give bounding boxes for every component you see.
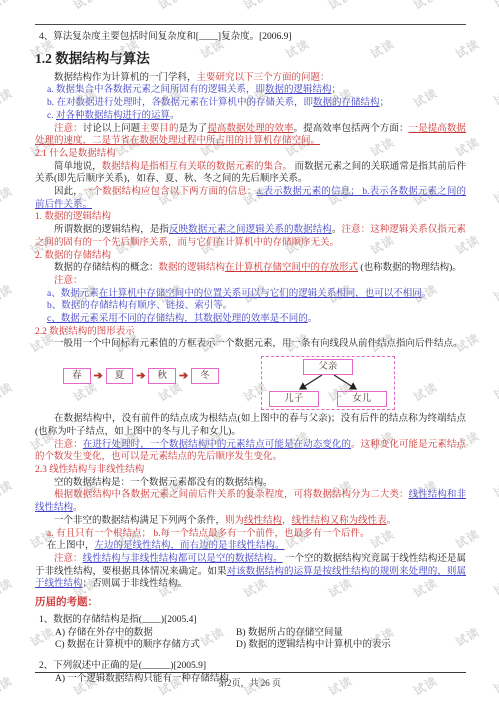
watermark-text: 试读 [491,89,499,123]
text-segment: 则为 [225,516,244,526]
text-line: c. 对各种数据结构进行的运算。 [35,110,466,123]
question-1-options: C) 数据在计算机中的顺序存储方式D) 数据的逻辑结构中计算机中的表示 [35,639,466,652]
text-segment: 2、下列叙述中正确的是(______)[2005.9] [39,661,206,671]
text-segment: 2. 数据的存储结构 [35,251,111,261]
text-line: 数据的存储结构的概念：数据的逻辑结构在计算机存储空间中的存放形式 (也称数据的物… [35,262,466,275]
node-spring: 春 [63,368,91,384]
text-segment: 线性结构 [244,516,282,526]
text-segment: a、数据元素 [47,289,99,299]
node-winter: 冬 [191,368,219,384]
text-segment: 数据的存储结构的概念： [54,263,159,273]
text-segment: 对各种数据结构进行的运算 [56,111,170,121]
node-autumn: 秋 [148,368,176,384]
text-line: 一个非空的数据结构满足下列两个条件，则为线性结构，线性结构又称为线性表。 [35,515,466,528]
node-father: 父亲 [303,359,353,375]
question-1-options: A) 存储在外存中的数据B) 数据所占的存储空间量 [35,627,466,640]
section-heading: 2.2 数据结构的图形表示 [35,326,466,339]
past-exam-heading: 历届的考题： [35,595,466,610]
text-segment: 注意： [54,124,83,134]
text-line: 因此，一个数据结构应包含以下两方面的信息：a.表示数据元素的信息； b.表示各数… [35,186,466,211]
linear-structure-diagram: 春 ➔ 夏 ➔ 秋 ➔ 冬 [63,368,219,384]
text-segment: 1、数据的存储结构是指(____)[2005.4] [39,615,197,625]
text-segment: 。 [294,124,304,134]
exam-item-4: 4、算法复杂度主要包括时间复杂度和[____]复杂度。[2006.9] [35,31,466,44]
text-segment: 。 [387,516,397,526]
text-segment: ； [380,98,390,108]
text-segment: 在数据结构中，没有前件的结点成为根结点(如上图中的春与父亲)；没有后件的结点称为… [35,414,466,437]
text-segment: 在上图中， [47,541,95,551]
text-segment: 注意： [54,276,83,286]
tree-structure-diagram: 父亲 儿子 女儿 [261,356,395,410]
watermark-text: 试读 [0,183,15,209]
watermark-text: 试读 [491,383,499,417]
section-heading: 1. 数据的逻辑结构 [35,211,466,224]
text-segment: b. 在对数据进行处理时，各数据元素在计算机中的存储关系，即 [47,98,313,108]
text-segment: c、数据元素采用不同的存储结构，其数据处理的效率是不同的 [47,314,308,324]
text-segment: D) 数据的逻辑结构中计算机中的表示 [236,639,417,652]
watermark-text: 试读 [491,285,499,319]
text-segment: 在计算机中存储空间中的位置关系可以与它们的逻辑关系相同，也可以不相同 [99,289,422,299]
text-line: 注意：在进行处理时，一个数据结构中的元素结点可能是在动态变化的。这种变化可能是元… [35,439,466,464]
watermark-text: 试读 [326,0,356,13]
text-segment: 。 [308,314,318,324]
text-segment: C) 数据在计算机中的顺序存储方式 [55,639,236,652]
document-page: 试读试读试读试读试读试读试读试读试读试读试读试读试读试读试读试读试读试读试读试读… [0,0,499,706]
text-segment: 。 [422,289,432,299]
text-segment: 数据的逻辑结构 [159,263,226,273]
watermark-text: 试读 [491,579,499,613]
section-heading: 2.3 线性结构与非线性结构 [35,464,466,477]
text-line: a. 数据集合中各数据元素之间所固有的逻辑关系，即数据的逻辑结构； [35,84,466,97]
text-segment: 数据结构是指相互有关联的数据元素的集合。 [102,162,293,172]
text-segment: 。 [73,503,83,513]
text-segment: ；否则属于非线性结构。 [83,579,188,589]
text-segment: 。 [170,111,180,121]
text-line: 在上图中，左边的是线性结构，而右边的是非线性结构。 [35,540,466,553]
footer-divider [35,672,466,673]
text-segment: 讨论以上问题 [83,124,140,134]
text-segment: 注意： [54,440,83,450]
text-line: b. 在对数据进行处理时，各数据元素在计算机中的存储关系，即数据的存储结构； [35,97,466,110]
text-segment: c. [47,111,56,121]
section-heading: 2. 数据的存储结构 [35,250,466,263]
watermark-text: 试读 [0,379,15,405]
header-divider [35,24,466,25]
text-segment: 提高数据处理的效率 [207,124,293,134]
text-segment: 主要研究以下三个方面的问题： [197,73,330,83]
text-line: 所谓数据的逻辑结构，是指反映数据元素之间逻辑关系的数据结构。注意：这种逻辑关系仅… [35,224,466,249]
text-segment: 因此， [54,187,83,197]
text-segment: 左边的是线性结构，而右边的是非线性结构。 [95,541,285,551]
text-line: a、数据元素在计算机中存储空间中的位置关系可以与它们的逻辑关系相同，也可以不相同… [35,288,466,301]
text-segment: 一个数据结构应包含以下两方面的信息： [83,187,257,197]
watermark-text: 试读 [491,187,499,221]
text-segment: 一般用一个中间标有元素值的方框表示一个数据元素，用一条有向线段从前件结点指向后件… [54,339,463,349]
text-segment: 注意： [54,554,83,564]
page-number: 第2页，共 26 页 [0,676,499,689]
text-line: a. 有且只有一个根结点； b.每一个结点最多有一个前件，也最多有一个后件。 [35,528,466,541]
text-line: 注意：讨论以上问题主要目的是为了提高数据处理的效率。提高效率包括两个方面：一是提… [35,123,466,148]
text-segment: 2.3 线性结构与非线性结构 [35,465,144,475]
text-segment: 线性结构与非线性结构都可以是空的数据结构。 [83,554,283,564]
text-segment: 数据的逻辑结构 [265,85,332,95]
watermark-text: 试读 [0,85,15,111]
text-segment: 空的数据结构是：一个数据元素都没有的数据结构。 [54,478,273,488]
watermark-text: 试读 [0,281,15,307]
watermark-text: 试读 [0,0,15,13]
text-segment: 数据结构作为计算机的一门学科， [54,73,197,83]
text-segment: 4、算法复杂度主要包括时间复杂度和[____]复杂度。[2006.9] [39,32,292,42]
watermark-text: 试读 [0,477,15,503]
text-segment: 数据的存储结构 [313,98,380,108]
text-segment: 提高效率包括两个方面： [303,124,408,134]
text-segment: 在计算机存储空间中的存放形式 [225,263,358,273]
text-segment: b、数据的存储结构有顺序、链接、索引等。 [47,301,232,311]
watermark-text: 试读 [71,0,101,13]
text-segment: B) 数据所占的存储空间量 [236,627,417,640]
text-segment: 历届的考题： [35,597,98,608]
text-segment: A) 存储在外存中的数据 [55,627,236,640]
text-segment: 一个非空的数据结构满足下列两个条件， [54,516,225,526]
text-line: b、数据的存储结构有顺序、链接、索引等。 [35,300,466,313]
text-line: 注意：线性结构与非线性结构都可以是空的数据结构。 一个空的数据结构究竟属于线性结… [35,553,466,591]
node-summer: 夏 [106,368,134,384]
node-daughter: 女儿 [337,391,387,407]
watermark-text: 试读 [491,0,499,25]
watermark-text: 试读 [411,0,441,13]
text-line: 根据数据结构中各数据元素之间前后件关系的复杂程度，可将数据结构分为二大类：线性结… [35,489,466,514]
question-1: 1、数据的存储结构是指(____)[2005.4] [35,614,466,627]
arrow-right-icon: ➔ [91,370,106,382]
text-segment: 。 [351,440,361,450]
arrow-right-icon: ➔ [176,370,191,382]
text-segment: 线性结构又称为线性表 [292,516,387,526]
text-segment: 所谓数据的逻辑结构，是指 [54,225,169,235]
text-segment: 1.2 数据结构与算法 [35,51,150,66]
text-line: 注意： [35,275,466,288]
text-segment: 是为了 [179,124,208,134]
content: 4、算法复杂度主要包括时间复杂度和[____]复杂度。[2006.9]1.2 数… [35,31,466,686]
text-segment: 2.2 数据结构的图形表示 [35,327,135,337]
text-line: 在数据结构中，没有前件的结点成为根结点(如上图中的春与父亲)；没有后件的结点称为… [35,413,466,438]
text-segment: 简单地说， [54,162,102,172]
text-segment: a. 数据集合中各数据元素之间所固有的逻辑关系，即 [47,85,265,95]
text-line: 简单地说，数据结构是指相互有关联的数据元素的集合。 而数据元素之间的关联通常是指… [35,161,466,186]
watermark-text: 试读 [491,481,499,515]
arrow-right-icon: ➔ [133,370,148,382]
section-heading: 2.1 什么是数据结构 [35,148,466,161]
text-segment: (也称数据的物理结构)。 [358,263,462,273]
text-segment: 主要目的 [140,124,178,134]
text-segment: ， [282,516,292,526]
text-line: 数据结构作为计算机的一门学科，主要研究以下三个方面的问题： [35,72,466,85]
text-segment: a. 有且只有一个根结点； b.每一个结点最多有一个前件，也最多有一个后件。 [47,529,369,539]
node-son: 儿子 [269,391,319,407]
text-segment: 根据数据结构中各数据元素之间前后件关系的复杂程度，可将数据结构分为二大类： [54,490,409,500]
text-segment: ； [331,85,341,95]
text-line: c、数据元素采用不同的存储结构，其数据处理的效率是不同的。 [35,313,466,326]
text-segment: 2.1 什么是数据结构 [35,149,116,159]
question-2: 2、下列叙述中正确的是(______)[2005.9] [35,660,466,673]
structure-diagrams: 春 ➔ 夏 ➔ 秋 ➔ 冬 父亲 儿子 女儿 [35,356,466,410]
text-segment: 注意： [341,225,370,235]
text-segment: 在进行处理时，一个数据结构中的元素结点可能是在动态变化的 [83,440,351,450]
text-line: 空的数据结构是：一个数据元素都没有的数据结构。 [35,477,466,490]
watermark-text: 试读 [0,575,15,601]
watermark-text: 试读 [241,0,271,13]
text-line: 一般用一个中间标有元素值的方框表示一个数据元素，用一条有向线段从前件结点指向后件… [35,338,466,351]
watermark-text: 试读 [156,0,186,13]
text-segment: 反映数据元素之间逻辑关系的数据结构 [169,225,332,235]
chapter-heading: 1.2 数据结构与算法 [35,51,466,67]
text-segment: 1. 数据的逻辑结构 [35,212,111,222]
